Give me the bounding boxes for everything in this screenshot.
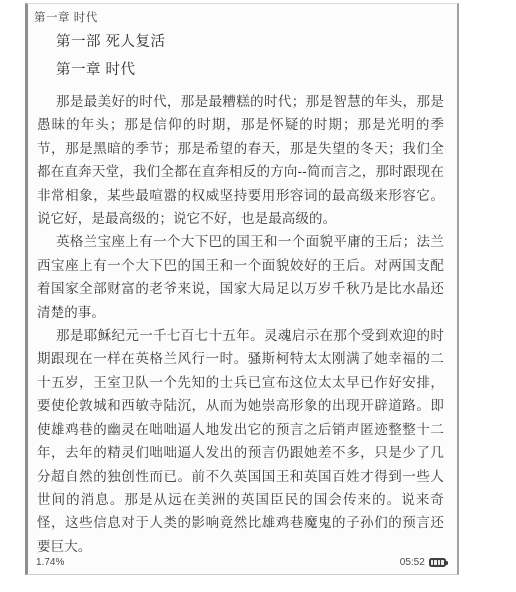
body-paragraph: 那是最美好的时代，那是最糟糕的时代；那是智慧的年头，那是愚昧的年头；那是信仰的时… (37, 90, 444, 230)
body-paragraph: 那是耶稣纪元一千七百七十五年。灵魂启示在那个受到欢迎的时期跟现在一样在英格兰风行… (37, 324, 444, 558)
battery-icon (429, 558, 448, 568)
reading-progress: 1.74% (36, 557, 64, 568)
body-paragraph: 英格兰宝座上有一个大下巴的国王和一个面貌平庸的王后；法兰西宝座上有一个大下巴的国… (37, 230, 444, 324)
chapter-header-label: 第一章 时代 (34, 11, 457, 25)
status-bar: 1.74% 05:52 (36, 556, 448, 569)
clock-time: 05:52 (400, 557, 425, 568)
book-content: 第一部 死人复活 第一章 时代 那是最美好的时代，那是最糟糕的时代；那是智慧的年… (37, 34, 444, 558)
reader-page[interactable]: 第一章 时代 第一部 死人复活 第一章 时代 那是最美好的时代，那是最糟糕的时代… (25, 3, 459, 575)
status-right: 05:52 (400, 557, 448, 568)
part-title: 第一部 死人复活 (37, 34, 444, 50)
chapter-title: 第一章 时代 (37, 62, 444, 78)
